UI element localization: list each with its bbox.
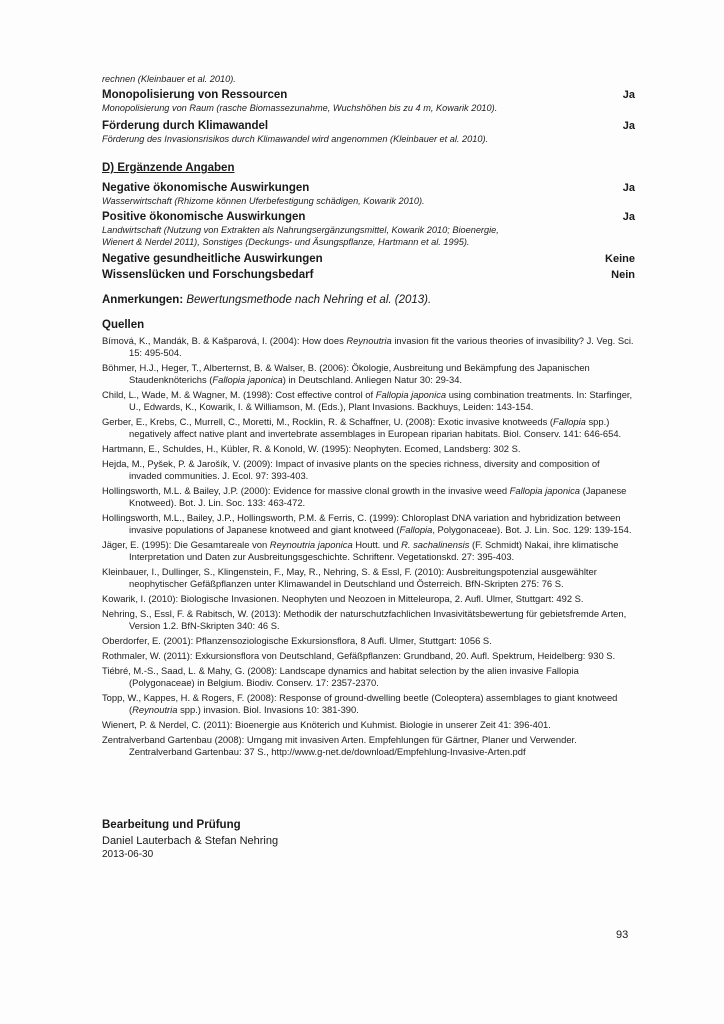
reference-entry: Rothmaler, W. (2011): Exkursionsflora vo… bbox=[102, 650, 635, 662]
reference-entry: Topp, W., Kappes, H. & Rogers, F. (2008)… bbox=[102, 692, 635, 716]
criterion-desc: Wasserwirtschaft (Rhizome können Uferbef… bbox=[102, 195, 635, 207]
sources-heading: Quellen bbox=[102, 318, 635, 332]
continuation-text: rechnen (Kleinbauer et al. 2010). bbox=[102, 73, 635, 85]
reference-entry: Child, L., Wade, M. & Wagner, M. (1998):… bbox=[102, 389, 635, 413]
reference-entry: Nehring, S., Essl, F. & Rabitsch, W. (20… bbox=[102, 608, 635, 632]
editing-heading: Bearbeitung und Prüfung bbox=[102, 818, 635, 832]
criterion-title: Negative gesundheitliche Auswirkungen bbox=[102, 252, 323, 266]
criterion-title: Positive ökonomische Auswirkungen bbox=[102, 210, 305, 224]
criterion-wissensluecken: Wissenslücken und ForschungsbedarfNein bbox=[102, 268, 635, 282]
criterion-value: Ja bbox=[623, 89, 635, 101]
reference-entry: Hartmann, E., Schuldes, H., Kübler, R. &… bbox=[102, 443, 635, 455]
criterion-value: Keine bbox=[605, 253, 635, 265]
reference-entry: Böhmer, H.J., Heger, T., Alberternst, B.… bbox=[102, 362, 635, 386]
criterion-title: Förderung durch Klimawandel bbox=[102, 119, 268, 133]
criterion-value: Ja bbox=[623, 120, 635, 132]
criterion-klimawandel: Förderung durch KlimawandelJa Förderung … bbox=[102, 119, 635, 145]
criterion-desc: Landwirtschaft (Nutzung von Extrakten al… bbox=[102, 224, 522, 248]
reference-entry: Hollingsworth, M.L. & Bailey, J.P. (2000… bbox=[102, 485, 635, 509]
remarks-text: Bewertungsmethode nach Nehring et al. (2… bbox=[186, 294, 431, 306]
criterion-pos-oekonomisch: Positive ökonomische AuswirkungenJa Land… bbox=[102, 210, 635, 248]
reference-entry: Kleinbauer, I., Dullinger, S., Klingenst… bbox=[102, 566, 635, 590]
reference-entry: Bímová, K., Mandák, B. & Kašparová, I. (… bbox=[102, 335, 635, 359]
reference-list: Bímová, K., Mandák, B. & Kašparová, I. (… bbox=[102, 335, 635, 761]
page-number: 93 bbox=[616, 929, 628, 941]
criterion-desc: Förderung des Invasionsrisikos durch Kli… bbox=[102, 133, 635, 145]
criterion-value: Nein bbox=[611, 269, 635, 281]
reference-entry: Hejda, M., Pyšek, P. & Jarošík, V. (2009… bbox=[102, 458, 635, 482]
reference-entry: Tiébré, M.-S., Saad, L. & Mahy, G. (2008… bbox=[102, 665, 635, 689]
criterion-value: Ja bbox=[623, 182, 635, 194]
reference-entry: Gerber, E., Krebs, C., Murrell, C., More… bbox=[102, 416, 635, 440]
reference-entry: Wienert, P. & Nerdel, C. (2011): Bioener… bbox=[102, 719, 635, 731]
reference-entry: Oberdorfer, E. (2001): Pflanzensoziologi… bbox=[102, 635, 635, 647]
reference-entry: Zentralverband Gartenbau (2008): Umgang … bbox=[102, 734, 635, 758]
editing-date: 2013-06-30 bbox=[102, 848, 635, 861]
editing-authors: Daniel Lauterbach & Stefan Nehring bbox=[102, 835, 635, 848]
reference-entry: Kowarik, I. (2010): Biologische Invasion… bbox=[102, 593, 635, 605]
criterion-title: Monopolisierung von Ressourcen bbox=[102, 88, 287, 102]
criterion-monopolisierung: Monopolisierung von RessourcenJa Monopol… bbox=[102, 88, 635, 114]
criterion-title: Negative ökonomische Auswirkungen bbox=[102, 181, 309, 195]
remarks-label: Anmerkungen: bbox=[102, 294, 183, 306]
criterion-value: Ja bbox=[623, 211, 635, 223]
reference-entry: Hollingsworth, M.L., Bailey, J.P., Holli… bbox=[102, 512, 635, 536]
criterion-desc: Monopolisierung von Raum (rasche Biomass… bbox=[102, 102, 635, 114]
reference-entry: Jäger, E. (1995): Die Gesamtareale von R… bbox=[102, 539, 635, 563]
criterion-neg-oekonomisch: Negative ökonomische AuswirkungenJa Wass… bbox=[102, 181, 635, 207]
criterion-gesundheit: Negative gesundheitliche AuswirkungenKei… bbox=[102, 252, 635, 266]
remarks: Anmerkungen: Bewertungsmethode nach Nehr… bbox=[102, 294, 635, 306]
criterion-title: Wissenslücken und Forschungsbedarf bbox=[102, 268, 313, 282]
section-heading-d: D) Ergänzende Angaben bbox=[102, 162, 635, 174]
